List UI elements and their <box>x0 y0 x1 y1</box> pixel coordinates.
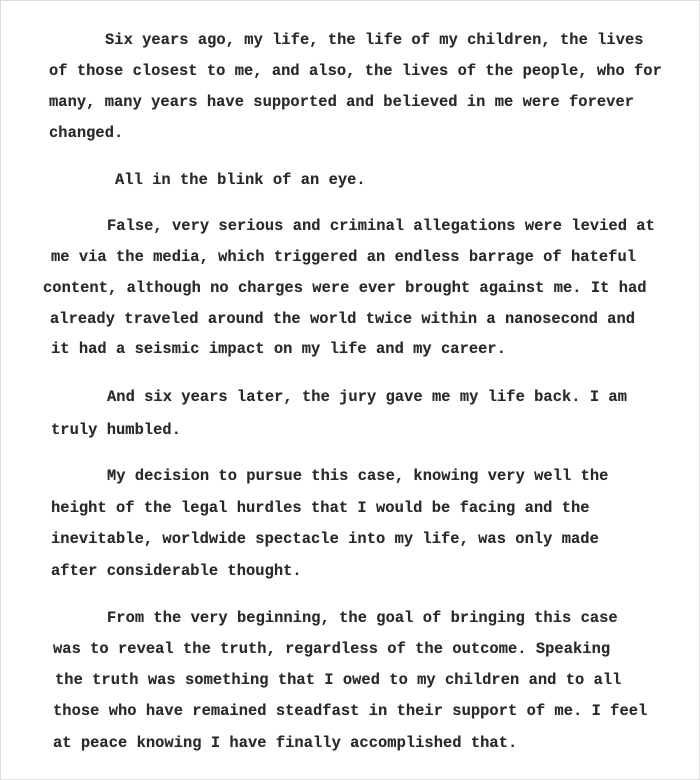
paragraph-3-line-2: me via the media, which triggered an end… <box>51 247 636 267</box>
paragraph-1-line-4: changed. <box>49 123 123 143</box>
paragraph-4-line-2: truly humbled. <box>51 420 181 440</box>
typewritten-page: Six years ago, my life, the life of my c… <box>0 0 700 780</box>
paragraph-6-line-5: at peace knowing I have finally accompli… <box>53 733 517 753</box>
paragraph-5-line-2: height of the legal hurdles that I would… <box>51 498 590 518</box>
paragraph-3-line-1: False, very serious and criminal allegat… <box>107 216 655 236</box>
paragraph-4-line-1: And six years later, the jury gave me my… <box>107 387 627 407</box>
paragraph-1-line-1: Six years ago, my life, the life of my c… <box>105 30 644 50</box>
paragraph-2-line-1: All in the blink of an eye. <box>115 170 366 190</box>
paragraph-6-line-2: was to reveal the truth, regardless of t… <box>53 639 610 659</box>
paragraph-1-line-3: many, many years have supported and beli… <box>49 92 634 112</box>
paragraph-6-line-4: those who have remained steadfast in the… <box>53 701 647 721</box>
paragraph-5-line-1: My decision to pursue this case, knowing… <box>107 466 608 486</box>
paragraph-3-line-4: already traveled around the world twice … <box>50 309 635 329</box>
paragraph-5-line-3: inevitable, worldwide spectacle into my … <box>51 529 599 549</box>
paragraph-1-line-2: of those closest to me, and also, the li… <box>49 61 662 81</box>
paragraph-3-line-3: content, although no charges were ever b… <box>43 278 647 298</box>
paragraph-6-line-1: From the very beginning, the goal of bri… <box>107 608 618 628</box>
paragraph-3-line-5: it had a seismic impact on my life and m… <box>51 339 506 359</box>
paragraph-5-line-4: after considerable thought. <box>51 561 302 581</box>
paragraph-6-line-3: the truth was something that I owed to m… <box>55 670 621 690</box>
